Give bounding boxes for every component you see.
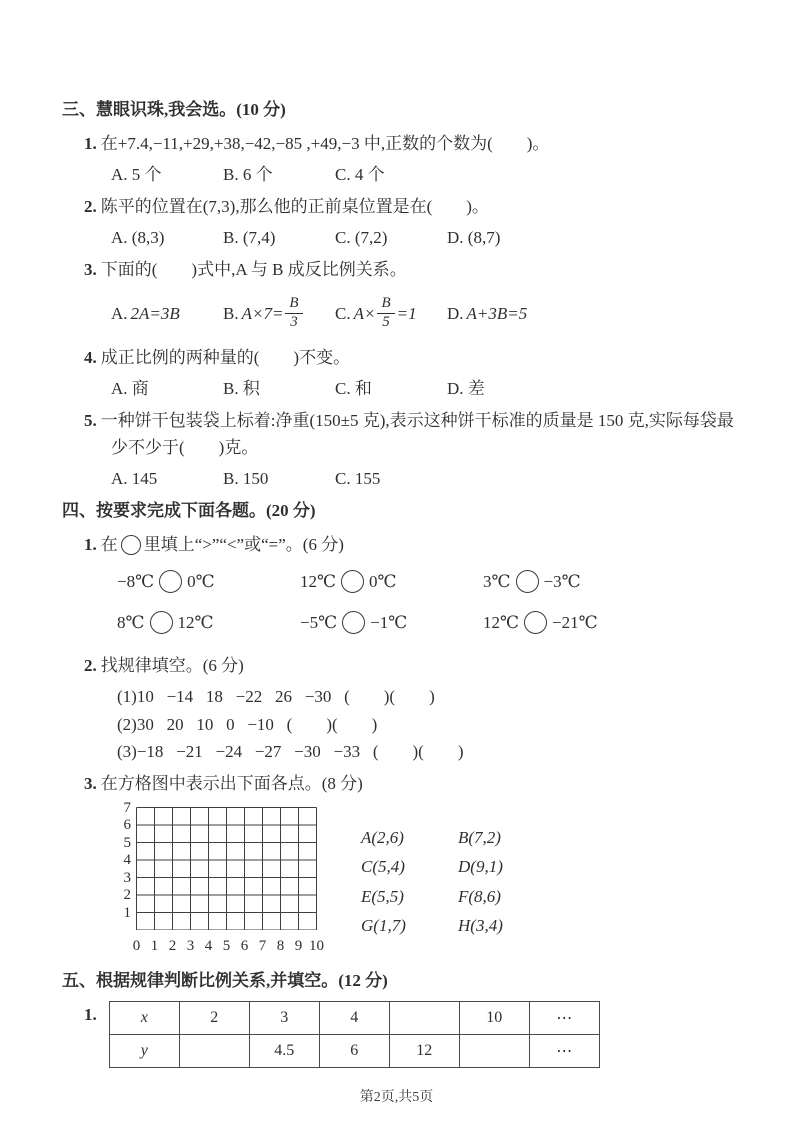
x-axis-tick: 9 (295, 938, 303, 954)
equation-text: A×7= (242, 300, 284, 327)
point-label: D(9,1) (458, 852, 555, 882)
y-axis-tick: 4 (124, 852, 132, 868)
coordinate-grid[interactable] (136, 807, 317, 936)
options-row: A. 商B. 积C. 和D. 差 (111, 375, 737, 402)
left-value: −8℃ (117, 571, 154, 590)
answer-circle[interactable] (159, 570, 182, 593)
grid-area: 012345678910 (136, 807, 317, 958)
sequence-line: (1)10 −14 18 −22 26 −30 ( )( ) (117, 683, 737, 711)
answer-option[interactable]: B. 150 (223, 465, 335, 492)
table-row: x23410⋯ (109, 1002, 599, 1035)
y-axis-tick: 2 (124, 887, 132, 903)
answer-option[interactable]: D.A+3B=5 (447, 300, 559, 327)
options-row: A. 5 个B. 6 个C. 4 个 (111, 161, 737, 188)
point-row: A(2,6)B(7,2) (361, 823, 555, 853)
section4-heading: 四、按要求完成下面各题。(20 分) (62, 497, 737, 524)
item-number: 1. (84, 1005, 97, 1025)
answer-option[interactable]: A. 5 个 (111, 161, 223, 188)
right-value: 0℃ (369, 571, 397, 590)
comparison-item: 12℃0℃ (300, 570, 483, 596)
option-label: A. (111, 300, 128, 327)
comparison-item: −5℃−1℃ (300, 611, 483, 637)
answer-option[interactable]: C. 和 (335, 375, 447, 402)
x-axis-tick: 2 (169, 938, 177, 954)
x-axis-tick: 7 (259, 938, 267, 954)
answer-option[interactable]: A. (8,3) (111, 224, 223, 251)
point-label: B(7,2) (458, 823, 555, 853)
exam-page: 三、慧眼识珠,我会选。(10 分) 1.在+7.4,−11,+29,+38,−4… (0, 0, 793, 1122)
x-axis-tick: 5 (223, 938, 231, 954)
question-text-post: 里填上“>”“<”或“=”。(6 分) (144, 535, 344, 554)
comparison-item: 3℃−3℃ (483, 570, 666, 596)
value-cell: ⋯ (529, 1035, 599, 1068)
point-label: E(5,5) (361, 882, 458, 912)
answer-circle[interactable] (150, 611, 173, 634)
section4-questions: 1.在里填上“>”“<”或“=”。(6 分) −8℃0℃12℃0℃3℃−3℃8℃… (84, 531, 737, 957)
y-axis-tick: 6 (124, 817, 132, 833)
question-text: 在方格图中表示出下面各点。(8 分) (101, 774, 363, 793)
answer-option[interactable]: C. (7,2) (335, 224, 447, 251)
fraction-denominator: 5 (377, 314, 394, 331)
point-label: G(1,7) (361, 911, 458, 941)
question-line: 2.陈平的位置在(7,3),那么他的正前桌位置是在( )。 (84, 193, 737, 220)
question-text: 找规律填空。(6 分) (101, 656, 244, 675)
fraction-numerator: B (285, 295, 302, 313)
number-sequences: (1)10 −14 18 −22 26 −30 ( )( )(2)30 20 1… (117, 683, 737, 766)
question-text: 下面的( )式中,A 与 B 成反比例关系。 (101, 260, 407, 279)
left-value: −5℃ (300, 612, 337, 631)
options-row: A. 145B. 150C. 155 (111, 465, 737, 492)
comparison-row: 8℃12℃−5℃−1℃12℃−21℃ (117, 603, 737, 644)
question-line: 4.成正比例的两种量的( )不变。 (84, 344, 737, 371)
question-text: 一种饼干包装袋上标着:净重(150±5 克),表示这种饼干标准的质量是 150 … (101, 411, 734, 457)
proportion-table: x23410⋯y4.5612⋯ (109, 1001, 600, 1068)
point-row: G(1,7)H(3,4) (361, 911, 555, 941)
x-axis-tick: 10 (309, 938, 324, 954)
question-number: 1. (84, 134, 97, 153)
row-header: x (109, 1002, 179, 1035)
equation-text: =1 (397, 300, 417, 327)
question-text-pre: 在 (101, 535, 118, 554)
point-label: C(5,4) (361, 852, 458, 882)
grid-x-axis-labels: 012345678910 (136, 935, 317, 957)
question-number: 5. (84, 411, 97, 430)
equation-text: A× (354, 300, 376, 327)
left-value: 8℃ (117, 612, 145, 631)
left-value: 12℃ (483, 612, 519, 631)
value-cell: 4.5 (249, 1035, 319, 1068)
question-text: 在+7.4,−11,+29,+38,−42,−85 ,+49,−3 中,正数的个… (101, 134, 550, 153)
temperature-comparisons: −8℃0℃12℃0℃3℃−3℃8℃12℃−5℃−1℃12℃−21℃ (117, 562, 737, 644)
left-value: 12℃ (300, 571, 336, 590)
page-footer: 第2页,共5页 (0, 1086, 793, 1106)
question-text: 陈平的位置在(7,3),那么他的正前桌位置是在( )。 (101, 197, 489, 216)
question-line: 3.在方格图中表示出下面各点。(8 分) (84, 770, 737, 797)
answer-option[interactable]: C.A×B5=1 (335, 295, 447, 331)
y-axis-tick: 5 (124, 835, 132, 851)
right-value: −21℃ (552, 612, 598, 631)
right-value: −1℃ (370, 612, 407, 631)
row-header: y (109, 1035, 179, 1068)
y-axis-tick: 1 (124, 905, 132, 921)
equation-text: 2A=3B (131, 300, 180, 327)
table-row: y4.5612⋯ (109, 1035, 599, 1068)
x-axis-tick: 4 (205, 938, 213, 954)
point-label: F(8,6) (458, 882, 555, 912)
point-label: H(3,4) (458, 911, 555, 941)
answer-circle[interactable] (516, 570, 539, 593)
y-axis-tick: 7 (124, 800, 132, 816)
options-row: A.2A=3BB.A×7=B3C.A×B5=1D.A+3B=5 (111, 287, 737, 339)
question-line: 2.找规律填空。(6 分) (84, 652, 737, 679)
grid-y-axis-labels: 7654321 (114, 807, 136, 931)
point-list: A(2,6)B(7,2)C(5,4)D(9,1)E(5,5)F(8,6)G(1,… (361, 807, 555, 958)
fraction: B5 (377, 295, 394, 331)
equation-text: A+3B=5 (467, 300, 528, 327)
sequence-line: (2)30 20 10 0 −10 ( )( ) (117, 711, 737, 739)
x-axis-tick: 0 (133, 938, 141, 954)
comparison-row: −8℃0℃12℃0℃3℃−3℃ (117, 562, 737, 603)
y-axis-tick: 3 (124, 870, 132, 886)
x-axis-tick: 8 (277, 938, 285, 954)
answer-option[interactable]: D. 差 (447, 375, 559, 402)
question-number: 1. (84, 535, 97, 554)
option-label: B. (223, 300, 239, 327)
answer-option[interactable]: C. 155 (335, 465, 447, 492)
answer-option[interactable]: C. 4 个 (335, 161, 447, 188)
section5-item: 1. x23410⋯y4.5612⋯ (84, 1001, 737, 1068)
option-label: D. (447, 300, 464, 327)
section3-questions: 1.在+7.4,−11,+29,+38,−42,−85 ,+49,−3 中,正数… (84, 130, 737, 492)
question-line: 1.在里填上“>”“<”或“=”。(6 分) (84, 531, 737, 558)
question-number: 2. (84, 656, 97, 675)
fraction: B3 (285, 295, 302, 331)
question-number: 2. (84, 197, 97, 216)
question-line: 1.在+7.4,−11,+29,+38,−42,−85 ,+49,−3 中,正数… (84, 130, 737, 157)
left-value: 3℃ (483, 571, 511, 590)
section3-heading: 三、慧眼识珠,我会选。(10 分) (62, 96, 737, 123)
answer-circle[interactable] (341, 570, 364, 593)
fraction-numerator: B (377, 295, 394, 313)
value-cell: 12 (389, 1035, 459, 1068)
comparison-item: 8℃12℃ (117, 611, 300, 637)
right-value: 12℃ (178, 612, 214, 631)
value-cell: 2 (179, 1002, 249, 1035)
answer-circle[interactable] (524, 611, 547, 634)
blank-cell[interactable] (459, 1035, 529, 1068)
options-row: A. (8,3)B. (7,4)C. (7,2)D. (8,7) (111, 224, 737, 251)
point-row: E(5,5)F(8,6) (361, 882, 555, 912)
value-cell: 4 (319, 1002, 389, 1035)
answer-option[interactable]: A. 商 (111, 375, 223, 402)
question-line: 5.一种饼干包装袋上标着:净重(150±5 克),表示这种饼干标准的质量是 15… (84, 407, 737, 461)
right-value: 0℃ (187, 571, 215, 590)
sequence-line: (3)−18 −21 −24 −27 −30 −33 ( )( ) (117, 738, 737, 766)
blank-cell[interactable] (179, 1035, 249, 1068)
answer-circle-icon (121, 535, 141, 555)
point-row: C(5,4)D(9,1) (361, 852, 555, 882)
question-text: 成正比例的两种量的( )不变。 (101, 348, 350, 367)
value-cell: 10 (459, 1002, 529, 1035)
question-line: 3.下面的( )式中,A 与 B 成反比例关系。 (84, 256, 737, 283)
answer-option[interactable]: D. (8,7) (447, 224, 559, 251)
right-value: −3℃ (544, 571, 581, 590)
blank-cell[interactable] (389, 1002, 459, 1035)
grid-and-points: 7654321 012345678910 A(2,6)B(7,2)C(5,4)D… (114, 807, 737, 958)
question-number: 3. (84, 260, 97, 279)
answer-circle[interactable] (342, 611, 365, 634)
answer-option[interactable]: B. 积 (223, 375, 335, 402)
answer-option[interactable]: A. 145 (111, 465, 223, 492)
point-label: A(2,6) (361, 823, 458, 853)
answer-option[interactable]: A.2A=3B (111, 300, 223, 327)
answer-option[interactable]: B. 6 个 (223, 161, 335, 188)
value-cell: 3 (249, 1002, 319, 1035)
x-axis-tick: 6 (241, 938, 249, 954)
answer-option[interactable]: B. (7,4) (223, 224, 335, 251)
comparison-item: 12℃−21℃ (483, 611, 666, 637)
question-number: 3. (84, 774, 97, 793)
fraction-denominator: 3 (285, 314, 302, 331)
value-cell: ⋯ (529, 1002, 599, 1035)
x-axis-tick: 3 (187, 938, 195, 954)
answer-option[interactable]: B.A×7=B3 (223, 295, 335, 331)
value-cell: 6 (319, 1035, 389, 1068)
x-axis-tick: 1 (151, 938, 159, 954)
question-number: 4. (84, 348, 97, 367)
comparison-item: −8℃0℃ (117, 570, 300, 596)
option-label: C. (335, 300, 351, 327)
section5-heading: 五、根据规律判断比例关系,并填空。(12 分) (62, 967, 737, 994)
